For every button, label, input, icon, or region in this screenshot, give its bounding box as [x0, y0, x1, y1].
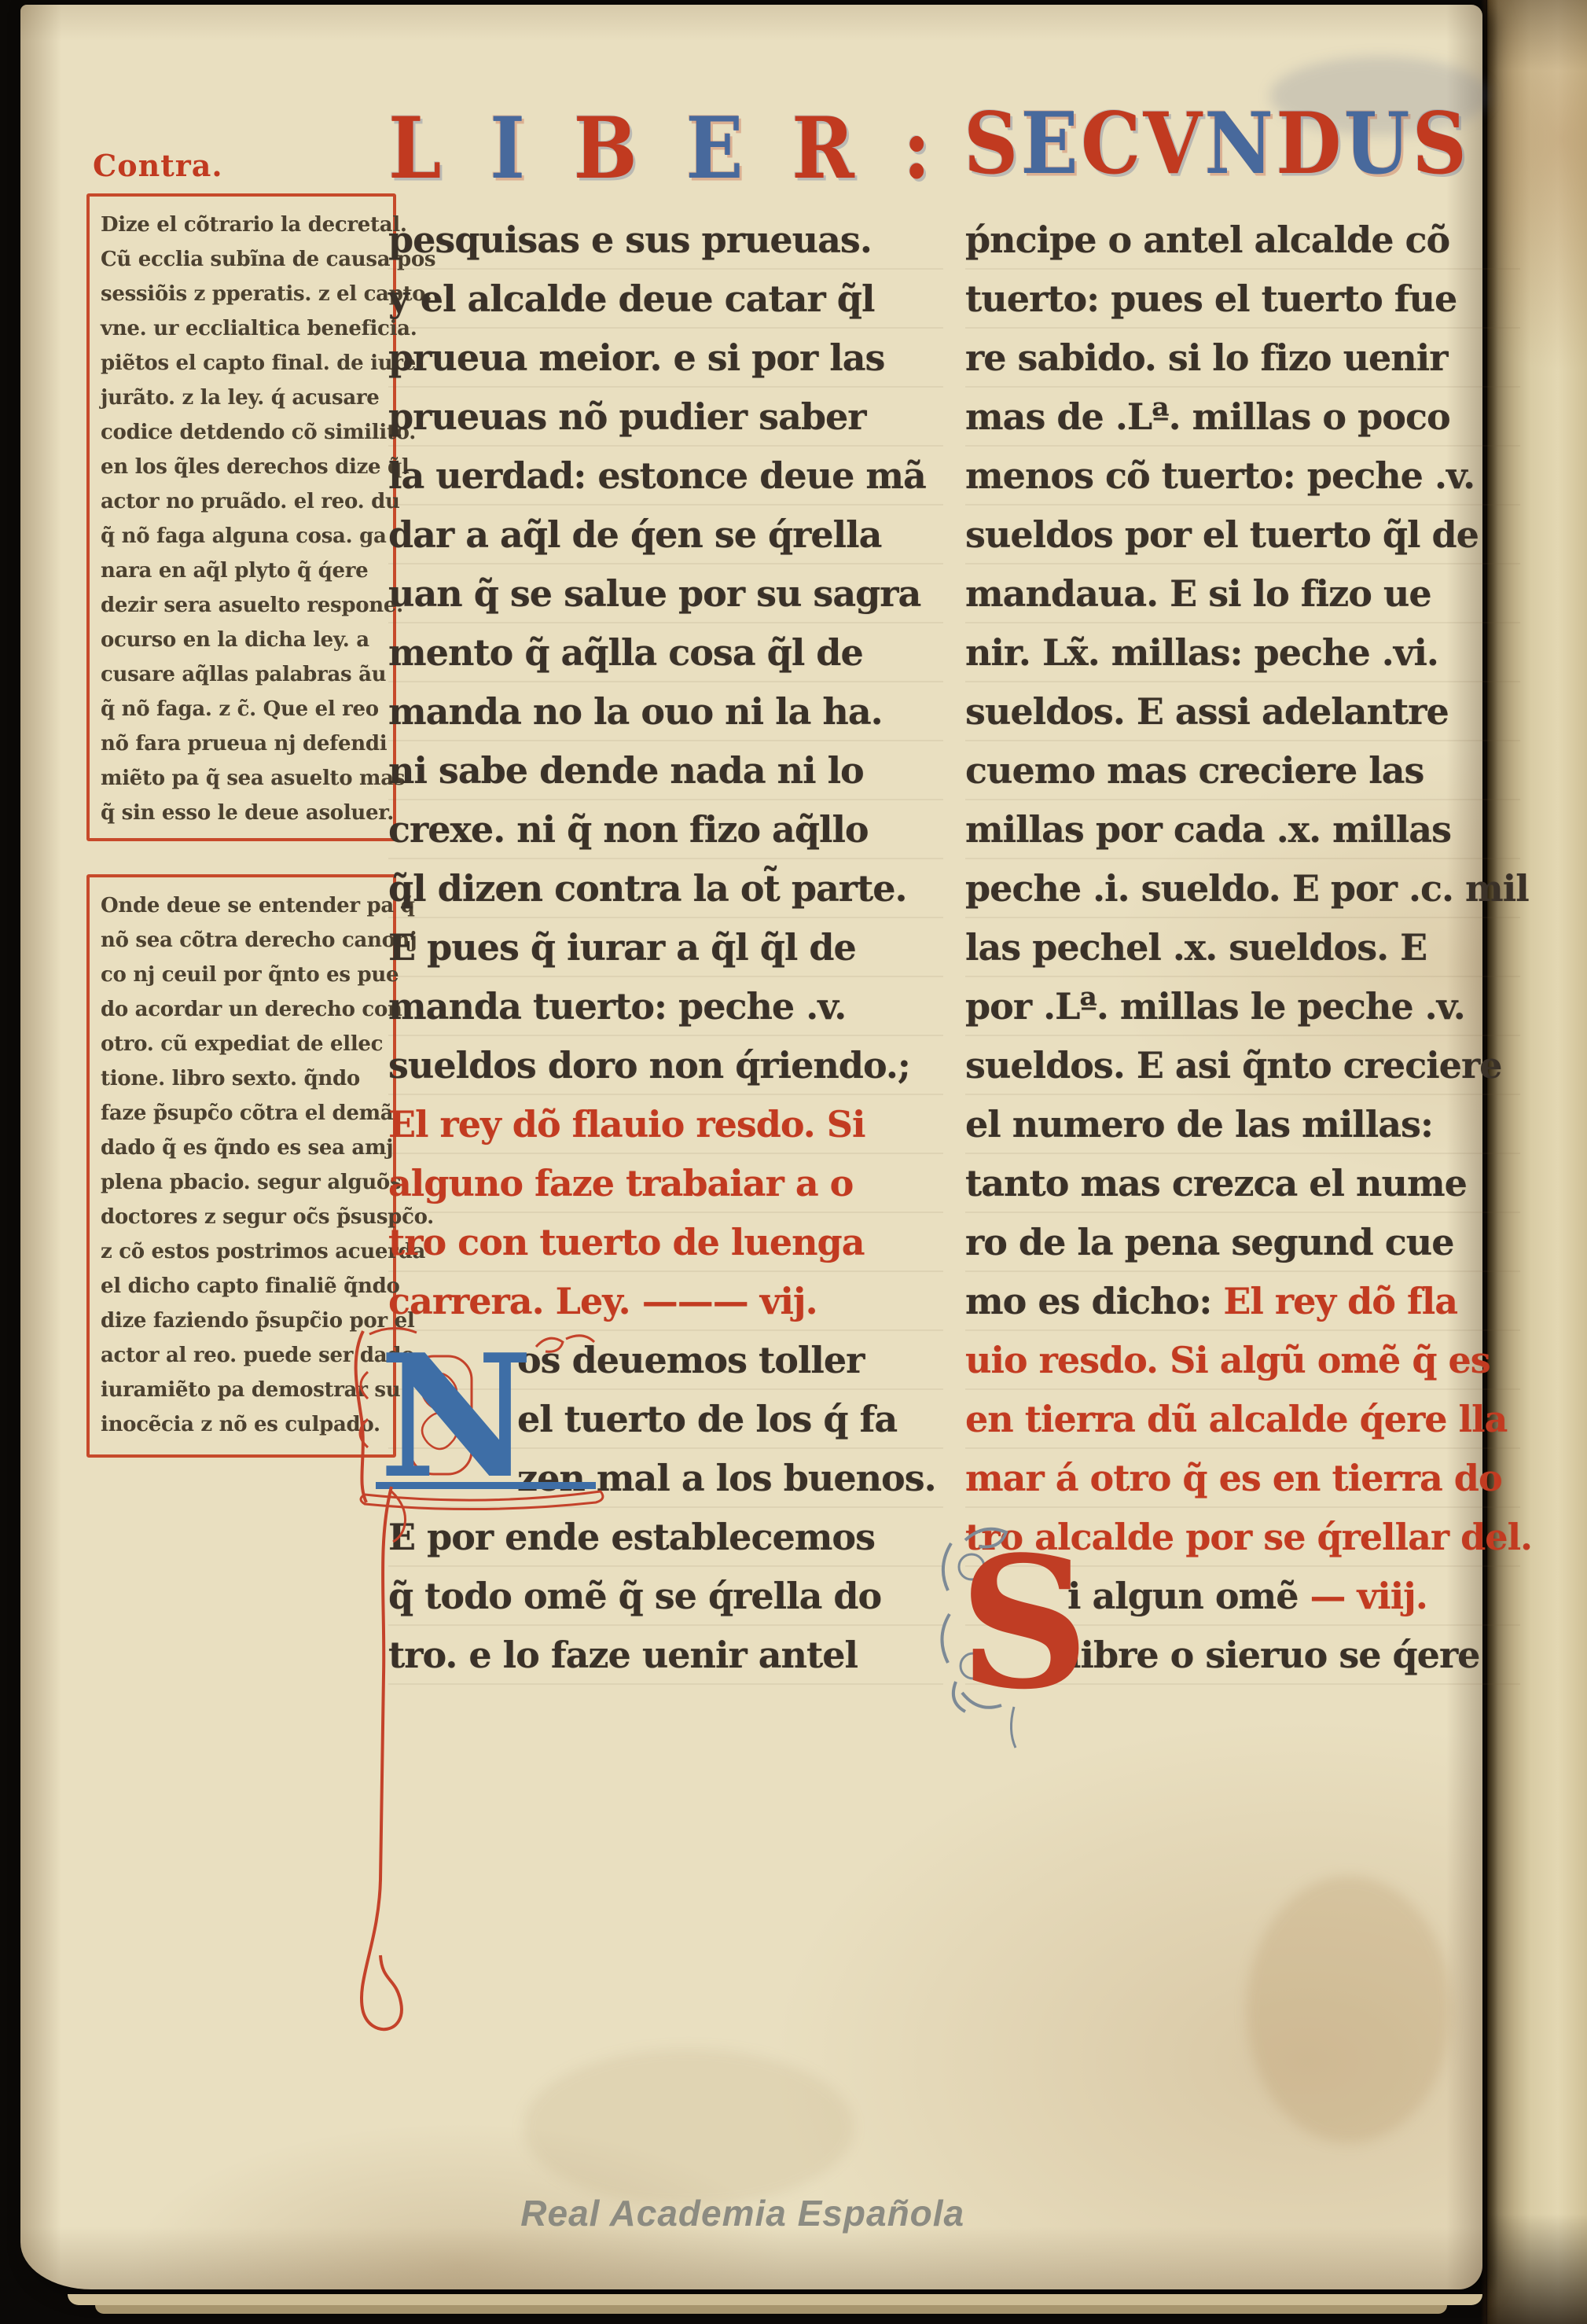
gloss-line: co nj ceuil por q̃nto es pue [101, 958, 385, 992]
text-line: menos cõ tuerto: peche .v. [965, 447, 1520, 506]
body-text: ro de la pena segund cue [965, 1221, 1453, 1263]
manuscript-photo: LIBER: SECVNDUS Contra. Dize el cõtrario… [0, 0, 1587, 2324]
text-line: q̃ todo omẽ q̃ se q́rella do [388, 1567, 943, 1626]
text-line: mandaua. E si lo fizo ue [965, 564, 1520, 623]
text-line: mo es dicho: El rey dõ fla [965, 1272, 1520, 1331]
gloss-line: tione. libro sexto. q̃ndo [101, 1061, 385, 1096]
body-text: la uerdad: estonce deue mã [388, 454, 926, 497]
text-line: tanto mas crezca el nume [965, 1154, 1520, 1213]
text-line: mar á otro q̃ es en tierra do [965, 1449, 1520, 1508]
rubric-text: — viij. [1310, 1575, 1427, 1617]
header-letter: B [574, 100, 637, 197]
gloss-line: q̃ nõ faga alguna cosa. ga [101, 519, 385, 553]
text-line: mento q̃ aq̃lla cosa q̃l de [388, 623, 943, 682]
gloss-line: Onde deue se entender pa q̃ [101, 888, 385, 923]
gloss-line: plena pbacio. segur alguõs [101, 1165, 385, 1200]
body-text: E pues q̃ iurar a q̃l q̃l de [388, 926, 856, 969]
body-text: mas de .Lª. millas o poco [965, 395, 1450, 438]
body-text: peche .i. sueldo. E por .c. mil [965, 867, 1529, 910]
text-line: prueuas nõ pudier saber [388, 388, 943, 447]
rubric-text: carrera. Ley. ——— vij. [388, 1280, 817, 1322]
body-text: nir. Lx̃. millas: peche .vi. [965, 631, 1438, 674]
gloss-line: q̃ nõ faga. z c̃. Que el reo [101, 692, 385, 726]
gloss-line: actor al reo. puede ser dado [101, 1338, 385, 1373]
body-text: cuemo mas creciere las [965, 749, 1424, 792]
body-text: tuerto: pues el tuerto fue [965, 278, 1457, 320]
text-line: alguno faze trabaiar a o [388, 1154, 943, 1213]
text-line: uan q̃ se salue por su sagra [388, 564, 943, 623]
body-text: E por ende establecemos [388, 1516, 875, 1558]
initial-flourish [341, 1487, 451, 2053]
gloss-line: miẽto pa q̃ sea asuelto mas [101, 761, 385, 796]
gloss-line: faze p̃supc̃o cõtra el demã [101, 1096, 385, 1131]
parchment-stain [523, 2049, 854, 2206]
header-letter: S [964, 95, 1018, 192]
text-line: tro. e lo faze uenir antel [388, 1626, 943, 1685]
gloss-line: q̃ sin esso le deue asoluer. [101, 796, 385, 830]
text-line: mas de .Lª. millas o poco [965, 388, 1520, 447]
header-letter: : [903, 100, 931, 197]
body-text: tro. e lo faze uenir antel [388, 1634, 858, 1676]
text-line: El rey dõ flauio resdo. Si [388, 1095, 943, 1154]
rubric-text: uio resdo. Si algũ omẽ q̃ es [965, 1339, 1490, 1381]
gloss-line: dezir sera asuelto respone. [101, 588, 385, 623]
manuscript-page: LIBER: SECVNDUS Contra. Dize el cõtrario… [20, 5, 1482, 2289]
decorated-initial-s: S [939, 1520, 1056, 1638]
gloss-line: ocurso en la dicha ley. a [101, 623, 385, 657]
body-text: mo es dicho: [965, 1280, 1223, 1322]
text-line: crexe. ni q̃ non fizo aq̃llo [388, 800, 943, 859]
text-line: prueua meior. e si por las [388, 329, 943, 388]
body-text: mandaua. E si lo fizo ue [965, 572, 1431, 615]
decorated-initial-n: N [355, 1325, 505, 1502]
page-stack-edge [68, 2294, 1482, 2305]
gloss-line: dado q̃ es q̃ndo es sea amj [101, 1131, 385, 1165]
text-line: re sabido. si lo fizo uenir [965, 329, 1520, 388]
svg-text:S: S [959, 1517, 1089, 1730]
gloss-line: codice detdendo cõ similito. [101, 415, 385, 450]
gloss-line: nara en aq̃l plyto q̃ q́ere [101, 553, 385, 588]
text-line: pesquisas e sus prueuas. [388, 211, 943, 270]
header-letter: S [1413, 95, 1467, 192]
header-letter: E [1021, 95, 1078, 192]
watermark: Real Academia Española [520, 2192, 964, 2234]
header-letter: N [1204, 95, 1273, 192]
text-line: en tierra dũ alcalde q́ere lla [965, 1390, 1520, 1449]
body-text: mento q̃ aq̃lla cosa q̃l de [388, 631, 863, 674]
body-text: y el alcalde deue catar q̃l [388, 278, 874, 320]
text-line: manda no la ouo ni la ha. [388, 682, 943, 741]
body-text: millas por cada .x. millas [965, 808, 1451, 851]
parchment-stain [1247, 1876, 1451, 2143]
body-text: crexe. ni q̃ non fizo aq̃llo [388, 808, 869, 851]
text-line: cuemo mas creciere las [965, 741, 1520, 800]
header-liber: LIBER: [388, 105, 931, 192]
body-text: ni sabe dende nada ni lo [388, 749, 864, 792]
gloss-line: inocẽcia z nõ es culpado. [101, 1407, 385, 1442]
rubric-text: en tierra dũ alcalde q́ere lla [965, 1398, 1507, 1440]
header-letter: D [1276, 95, 1341, 192]
header-letter: U [1344, 95, 1410, 192]
text-line: nir. Lx̃. millas: peche .vi. [965, 623, 1520, 682]
header-letter: V [1144, 95, 1202, 192]
text-line: sueldos. E asi q̃nto creciere [965, 1036, 1520, 1095]
gloss-line: iuramiẽto pa demostrar su [101, 1373, 385, 1407]
gloss-line: otro. cũ expediat de ellec [101, 1027, 385, 1061]
text-line: la uerdad: estonce deue mã [388, 447, 943, 506]
gloss-line: Cũ ecclia subĩna de causa pos [101, 242, 385, 277]
text-line: dar a aq̃l de q́en se q́rella [388, 506, 943, 564]
rubric-text: alguno faze trabaiar a o [388, 1162, 853, 1204]
text-column-left: pesquisas e sus prueuas.y el alcalde deu… [388, 211, 943, 1685]
text-line: peche .i. sueldo. E por .c. mil [965, 859, 1520, 918]
body-text: el numero de las millas: [965, 1103, 1433, 1145]
gloss-line: sessiõis z pperatis. z el capto. [101, 277, 385, 311]
margin-label-contra: Contra. [93, 148, 223, 183]
text-line: millas por cada .x. millas [965, 800, 1520, 859]
gloss-line: dize faziendo p̃supc̃io por el [101, 1304, 385, 1338]
text-line: ro de la pena segund cue [965, 1213, 1520, 1272]
body-text: prueuas nõ pudier saber [388, 395, 866, 438]
rubric-text: tro con tuerto de luenga [388, 1221, 865, 1263]
rubric-text: El rey dõ flauio resdo. Si [388, 1103, 865, 1145]
body-text: menos cõ tuerto: peche .v. [965, 454, 1475, 497]
text-line: ni sabe dende nada ni lo [388, 741, 943, 800]
gloss-line: z cõ estos postrimos acuerda [101, 1234, 385, 1269]
gloss-line: doctores z segur oc̃s p̃suspc̃o. [101, 1200, 385, 1234]
text-line: el numero de las millas: [965, 1095, 1520, 1154]
header-letter: I [490, 100, 525, 197]
body-text: las pechel .x. sueldos. E [965, 926, 1427, 969]
body-text: tanto mas crezca el nume [965, 1162, 1467, 1204]
text-line: sueldos. E assi adelantre [965, 682, 1520, 741]
rubric-text: mar á otro q̃ es en tierra do [965, 1457, 1502, 1499]
gloss-line: nõ sea cõtra derecho canonj [101, 923, 385, 958]
gloss-line: en los q̃les derechos dize q̃l [101, 450, 385, 484]
gloss-line: actor no pruãdo. el reo. du [101, 484, 385, 519]
gloss-line: piẽtos el capto final. de iure [101, 346, 385, 381]
text-line: tro con tuerto de luenga [388, 1213, 943, 1272]
body-text: dar a aq̃l de q́en se q́rella [388, 513, 881, 556]
header-letter: E [685, 100, 743, 197]
text-line: E pues q̃ iurar a q̃l q̃l de [388, 918, 943, 977]
body-text: q̃ todo omẽ q̃ se q́rella do [388, 1575, 881, 1617]
margin-gloss-box-2: Onde deue se entender pa q̃nõ sea cõtra … [86, 874, 396, 1458]
gloss-line: Dize el cõtrario la decretal. [101, 208, 385, 242]
text-line: y el alcalde deue catar q̃l [388, 270, 943, 329]
text-line: por .Lª. millas le peche .v. [965, 977, 1520, 1036]
header-secundus: SECVNDUS [964, 101, 1467, 187]
text-line: sueldos doro non q́riendo.; [388, 1036, 943, 1095]
text-line: las pechel .x. sueldos. E [965, 918, 1520, 977]
body-text: manda no la ouo ni la ha. [388, 690, 883, 733]
body-text: i algun omẽ [1067, 1575, 1310, 1617]
body-text: uan q̃ se salue por su sagra [388, 572, 920, 615]
text-line: ṕncipe o antel alcalde cõ [965, 211, 1520, 270]
body-text: q̃l dizen contra la ot̃ parte. [388, 867, 907, 910]
margin-gloss-box-1: Dize el cõtrario la decretal.Cũ ecclia s… [86, 193, 396, 841]
body-text: ṕncipe o antel alcalde cõ [965, 219, 1449, 261]
text-line: manda tuerto: peche .v. [388, 977, 943, 1036]
gloss-line: el dicho capto finaliẽ q̃ndo [101, 1269, 385, 1304]
header-letter: C [1081, 95, 1141, 192]
header-letter: R [792, 100, 854, 197]
gloss-line: do acordar un derecho con [101, 992, 385, 1027]
text-column-right: ṕncipe o antel alcalde cõtuerto: pues el… [965, 211, 1520, 1685]
body-text: sueldos. E assi adelantre [965, 690, 1449, 733]
gloss-line: cusare aq̃llas palabras ãu [101, 657, 385, 692]
gloss-line: vne. ur ecclialtica beneficia. [101, 311, 385, 346]
body-text: re sabido. si lo fizo uenir [965, 336, 1447, 379]
body-text: pesquisas e sus prueuas. [388, 219, 872, 261]
rubric-text: El rey dõ fla [1223, 1280, 1457, 1322]
text-line: uio resdo. Si algũ omẽ q̃ es [965, 1331, 1520, 1390]
body-text: por .Lª. millas le peche .v. [965, 985, 1465, 1028]
body-text: sueldos. E asi q̃nto creciere [965, 1044, 1501, 1087]
body-text: libre o sieruo se q́ere [1067, 1634, 1479, 1676]
gloss-line: nõ fara prueua nj defendi [101, 726, 385, 761]
text-line: tuerto: pues el tuerto fue [965, 270, 1520, 329]
body-text: sueldos doro non q́riendo.; [388, 1044, 910, 1087]
gloss-line: jurãto. z la ley. q́ acusare [101, 381, 385, 415]
text-line: q̃l dizen contra la ot̃ parte. [388, 859, 943, 918]
text-line: sueldos por el tuerto q̃l de [965, 506, 1520, 564]
page-stack-edge [95, 2305, 1447, 2314]
body-text: sueldos por el tuerto q̃l de [965, 513, 1479, 556]
body-text: prueua meior. e si por las [388, 336, 884, 379]
header-letter: L [388, 100, 442, 197]
body-text: manda tuerto: peche .v. [388, 985, 846, 1028]
